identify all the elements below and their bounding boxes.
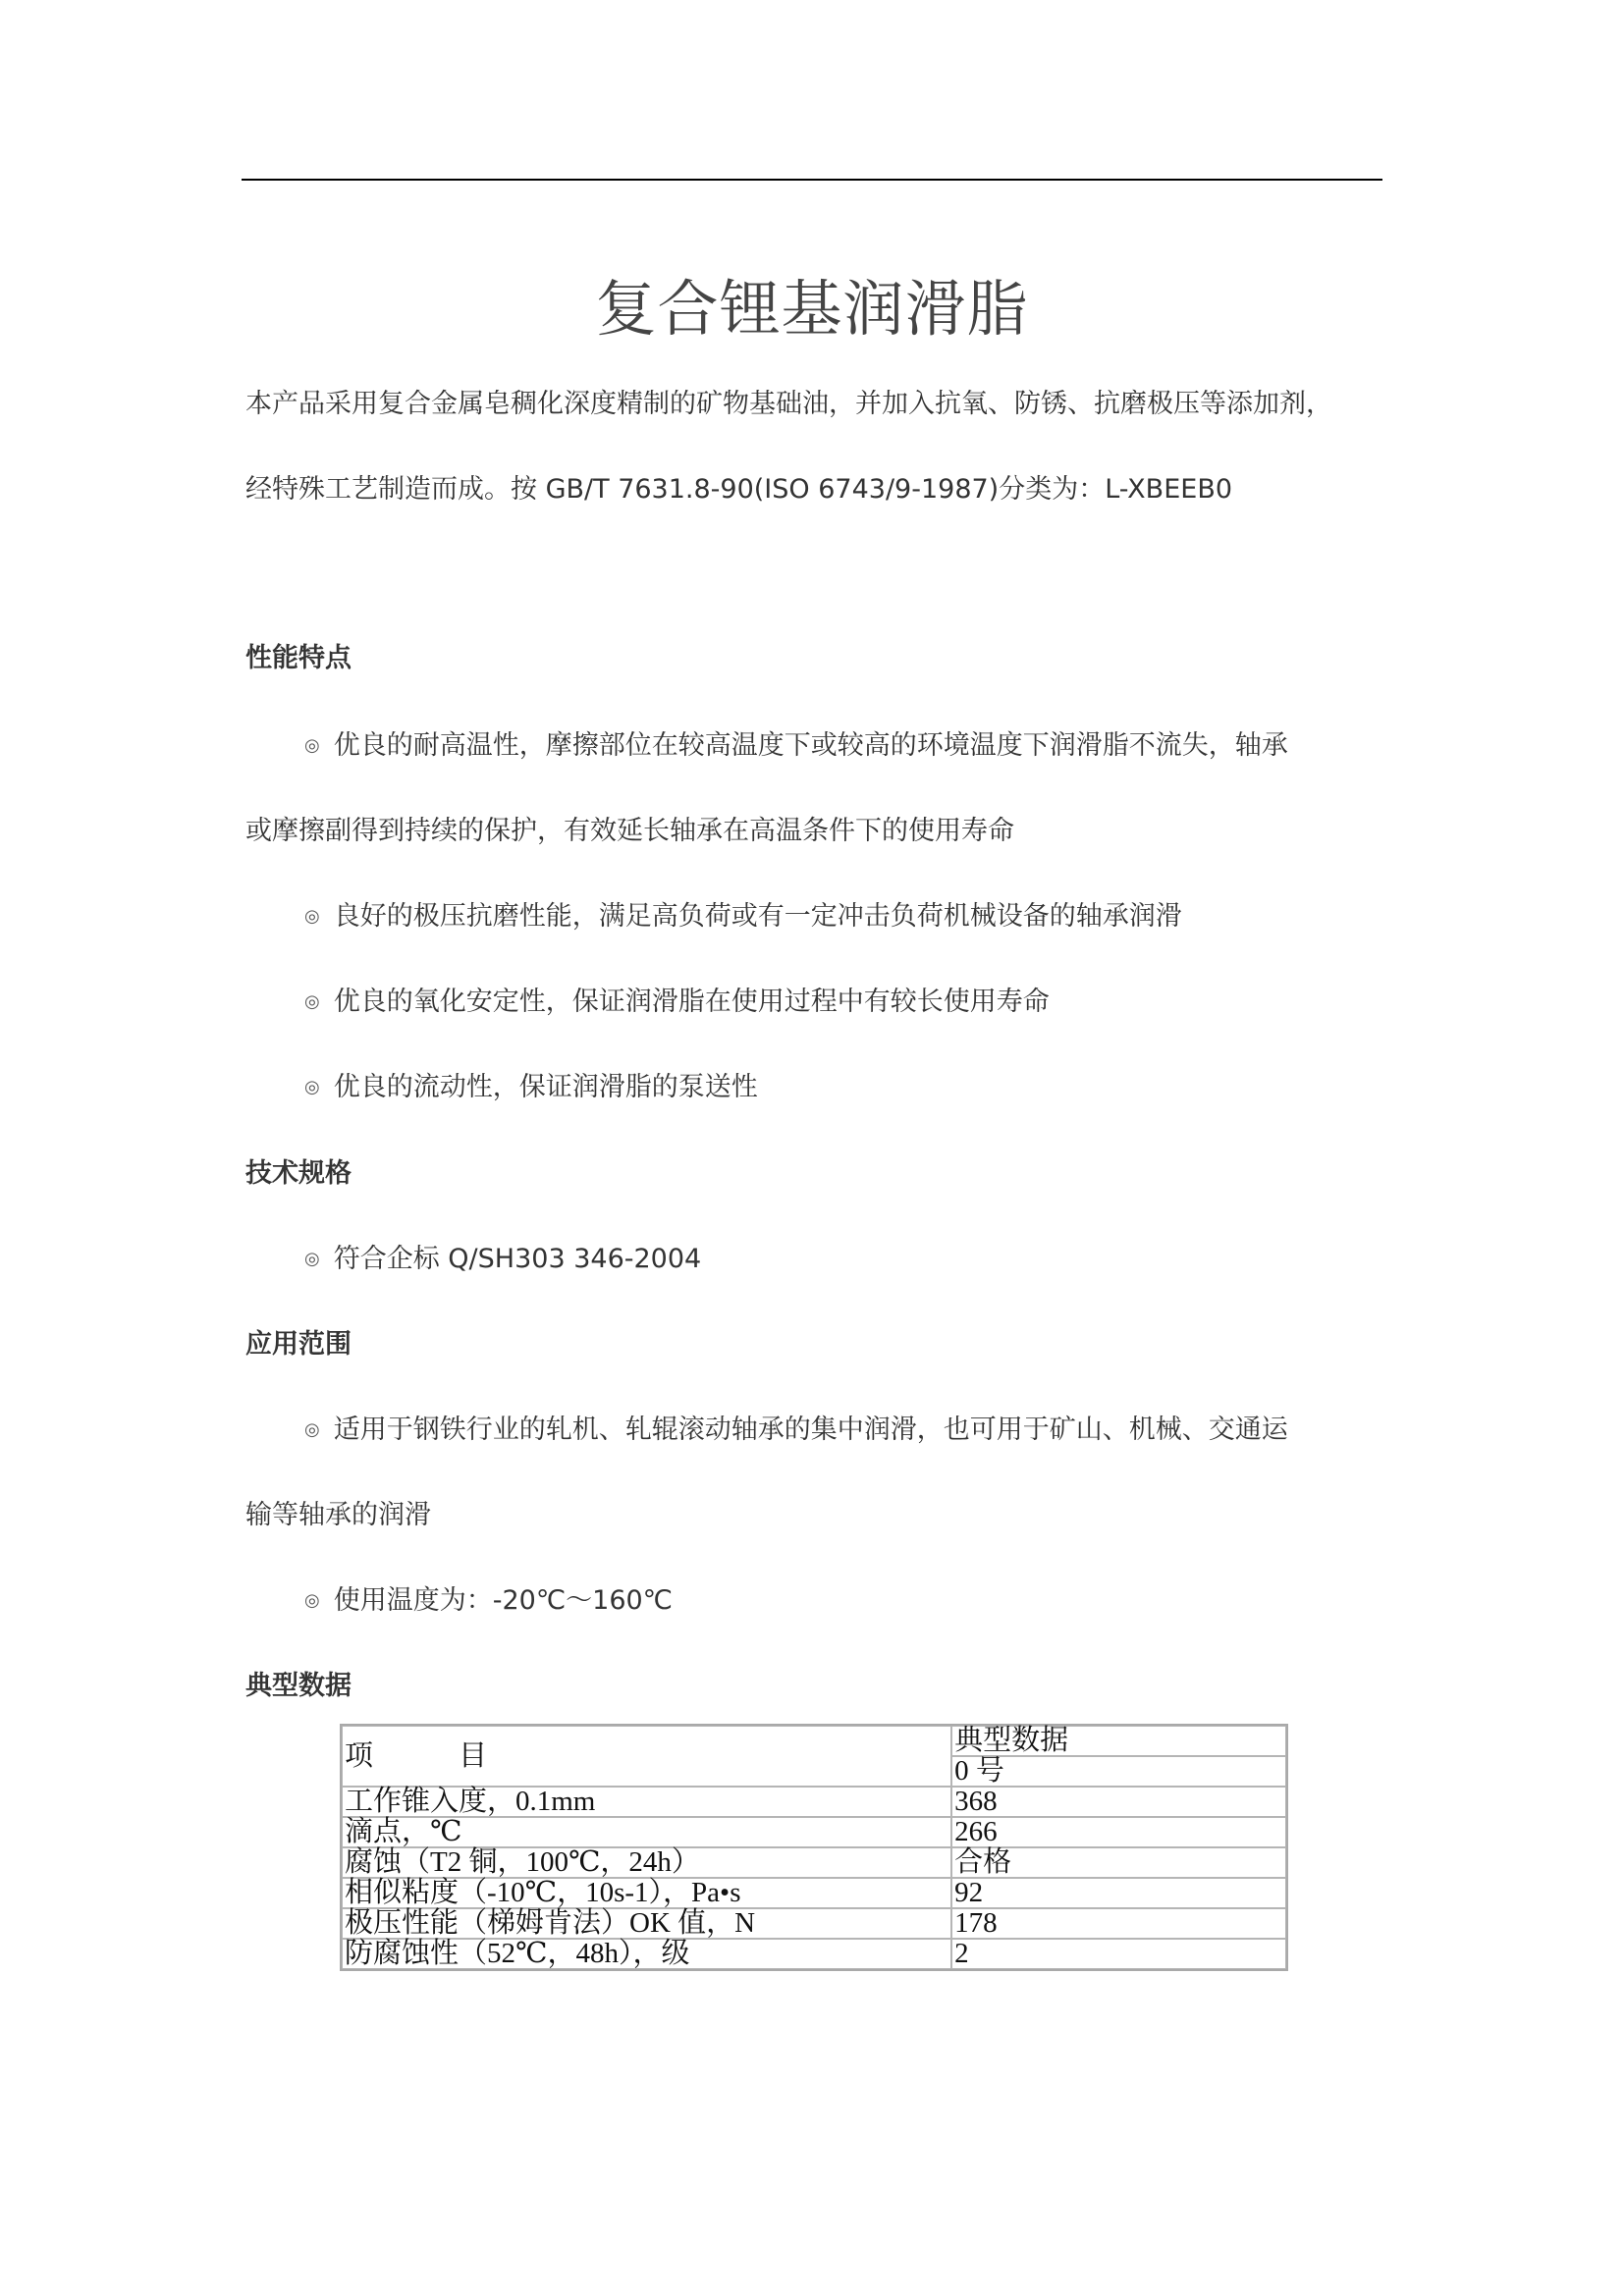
header-item-cell: 项 目 bbox=[342, 1726, 951, 1787]
table-row: 相似粘度（-10℃，10s-1），Pa•s 92 bbox=[342, 1878, 1286, 1908]
bullet-icon: ◎ bbox=[304, 735, 320, 756]
feature-item-1-continuation: 或摩擦副得到持续的保护，有效延长轴承在高温条件下的使用寿命 bbox=[245, 812, 1014, 851]
spec-item-1-text: 符合企标 Q/SH303 346-2004 bbox=[334, 1244, 701, 1274]
bullet-icon: ◎ bbox=[304, 1249, 320, 1269]
application-item-1: ◎适用于钢铁行业的轧机、轧辊滚动轴承的集中润滑，也可用于矿山、机械、交通运 bbox=[304, 1411, 1288, 1453]
application-item-2: ◎使用温度为：-20℃～160℃ bbox=[304, 1581, 673, 1624]
typical-data-table: 项 目 典型数据 0 号 工作锥入度，0.1mm 368 滴点，℃ 266 腐蚀… bbox=[340, 1724, 1288, 1971]
bullet-icon: ◎ bbox=[304, 1077, 320, 1097]
table-row: 防腐蚀性（52℃，48h），级 2 bbox=[342, 1939, 1286, 1969]
feature-item-2-text: 良好的极压抗磨性能，满足高负荷或有一定冲击负荷机械设备的轴承润滑 bbox=[334, 901, 1182, 932]
row-item-cell: 工作锥入度，0.1mm bbox=[342, 1787, 951, 1817]
section-heading-specs: 技术规格 bbox=[245, 1154, 352, 1194]
spec-item-1: ◎符合企标 Q/SH303 346-2004 bbox=[304, 1240, 701, 1282]
intro-line-1: 本产品采用复合金属皂稠化深度精制的矿物基础油，并加入抗氧、防锈、抗磨极压等添加剂… bbox=[245, 385, 1332, 424]
feature-item-4-text: 优良的流动性，保证润滑脂的泵送性 bbox=[334, 1072, 758, 1102]
intro-line-2: 经特殊工艺制造而成。按 GB/T 7631.8-90(ISO 6743/9-19… bbox=[245, 470, 1232, 509]
table-row: 极压性能（梯姆肯法）OK 值，N 178 bbox=[342, 1908, 1286, 1939]
table-row: 滴点，℃ 266 bbox=[342, 1817, 1286, 1847]
row-item-cell: 相似粘度（-10℃，10s-1），Pa•s bbox=[342, 1878, 951, 1908]
feature-item-1: ◎优良的耐高温性，摩擦部位在较高温度下或较高的环境温度下润滑脂不流失，轴承 bbox=[304, 726, 1288, 769]
row-value-cell: 合格 bbox=[951, 1847, 1286, 1878]
row-item-cell: 滴点，℃ bbox=[342, 1817, 951, 1847]
bullet-icon: ◎ bbox=[304, 1590, 320, 1611]
row-item-cell: 防腐蚀性（52℃，48h），级 bbox=[342, 1939, 951, 1969]
application-item-1-continuation: 输等轴承的润滑 bbox=[245, 1496, 431, 1535]
row-value-cell: 2 bbox=[951, 1939, 1286, 1969]
header-group-cell: 典型数据 bbox=[951, 1726, 1286, 1756]
bullet-icon: ◎ bbox=[304, 1419, 320, 1440]
row-item-cell: 极压性能（梯姆肯法）OK 值，N bbox=[342, 1908, 951, 1939]
header-sub-cell: 0 号 bbox=[951, 1756, 1286, 1787]
section-heading-applications: 应用范围 bbox=[245, 1325, 352, 1364]
table-row: 腐蚀（T2 铜，100℃，24h） 合格 bbox=[342, 1847, 1286, 1878]
feature-item-3-text: 优良的氧化安定性，保证润滑脂在使用过程中有较长使用寿命 bbox=[334, 987, 1050, 1017]
table-header-row: 项 目 典型数据 bbox=[342, 1726, 1286, 1756]
feature-item-3: ◎优良的氧化安定性，保证润滑脂在使用过程中有较长使用寿命 bbox=[304, 983, 1050, 1025]
row-value-cell: 178 bbox=[951, 1908, 1286, 1939]
document-title: 复合锂基润滑脂 bbox=[0, 265, 1624, 353]
row-value-cell: 92 bbox=[951, 1878, 1286, 1908]
application-item-2-text: 使用温度为：-20℃～160℃ bbox=[334, 1585, 673, 1616]
bullet-icon: ◎ bbox=[304, 906, 320, 927]
feature-item-4: ◎优良的流动性，保证润滑脂的泵送性 bbox=[304, 1068, 758, 1110]
section-heading-typical-data: 典型数据 bbox=[245, 1667, 352, 1706]
bullet-icon: ◎ bbox=[304, 991, 320, 1012]
header-rule bbox=[242, 179, 1382, 181]
row-item-cell: 腐蚀（T2 铜，100℃，24h） bbox=[342, 1847, 951, 1878]
section-heading-features: 性能特点 bbox=[245, 639, 352, 678]
row-value-cell: 368 bbox=[951, 1787, 1286, 1817]
feature-item-1-text: 优良的耐高温性，摩擦部位在较高温度下或较高的环境温度下润滑脂不流失，轴承 bbox=[334, 730, 1288, 761]
feature-item-2: ◎良好的极压抗磨性能，满足高负荷或有一定冲击负荷机械设备的轴承润滑 bbox=[304, 897, 1182, 939]
row-value-cell: 266 bbox=[951, 1817, 1286, 1847]
table-row: 工作锥入度，0.1mm 368 bbox=[342, 1787, 1286, 1817]
application-item-1-text: 适用于钢铁行业的轧机、轧辊滚动轴承的集中润滑，也可用于矿山、机械、交通运 bbox=[334, 1415, 1288, 1445]
